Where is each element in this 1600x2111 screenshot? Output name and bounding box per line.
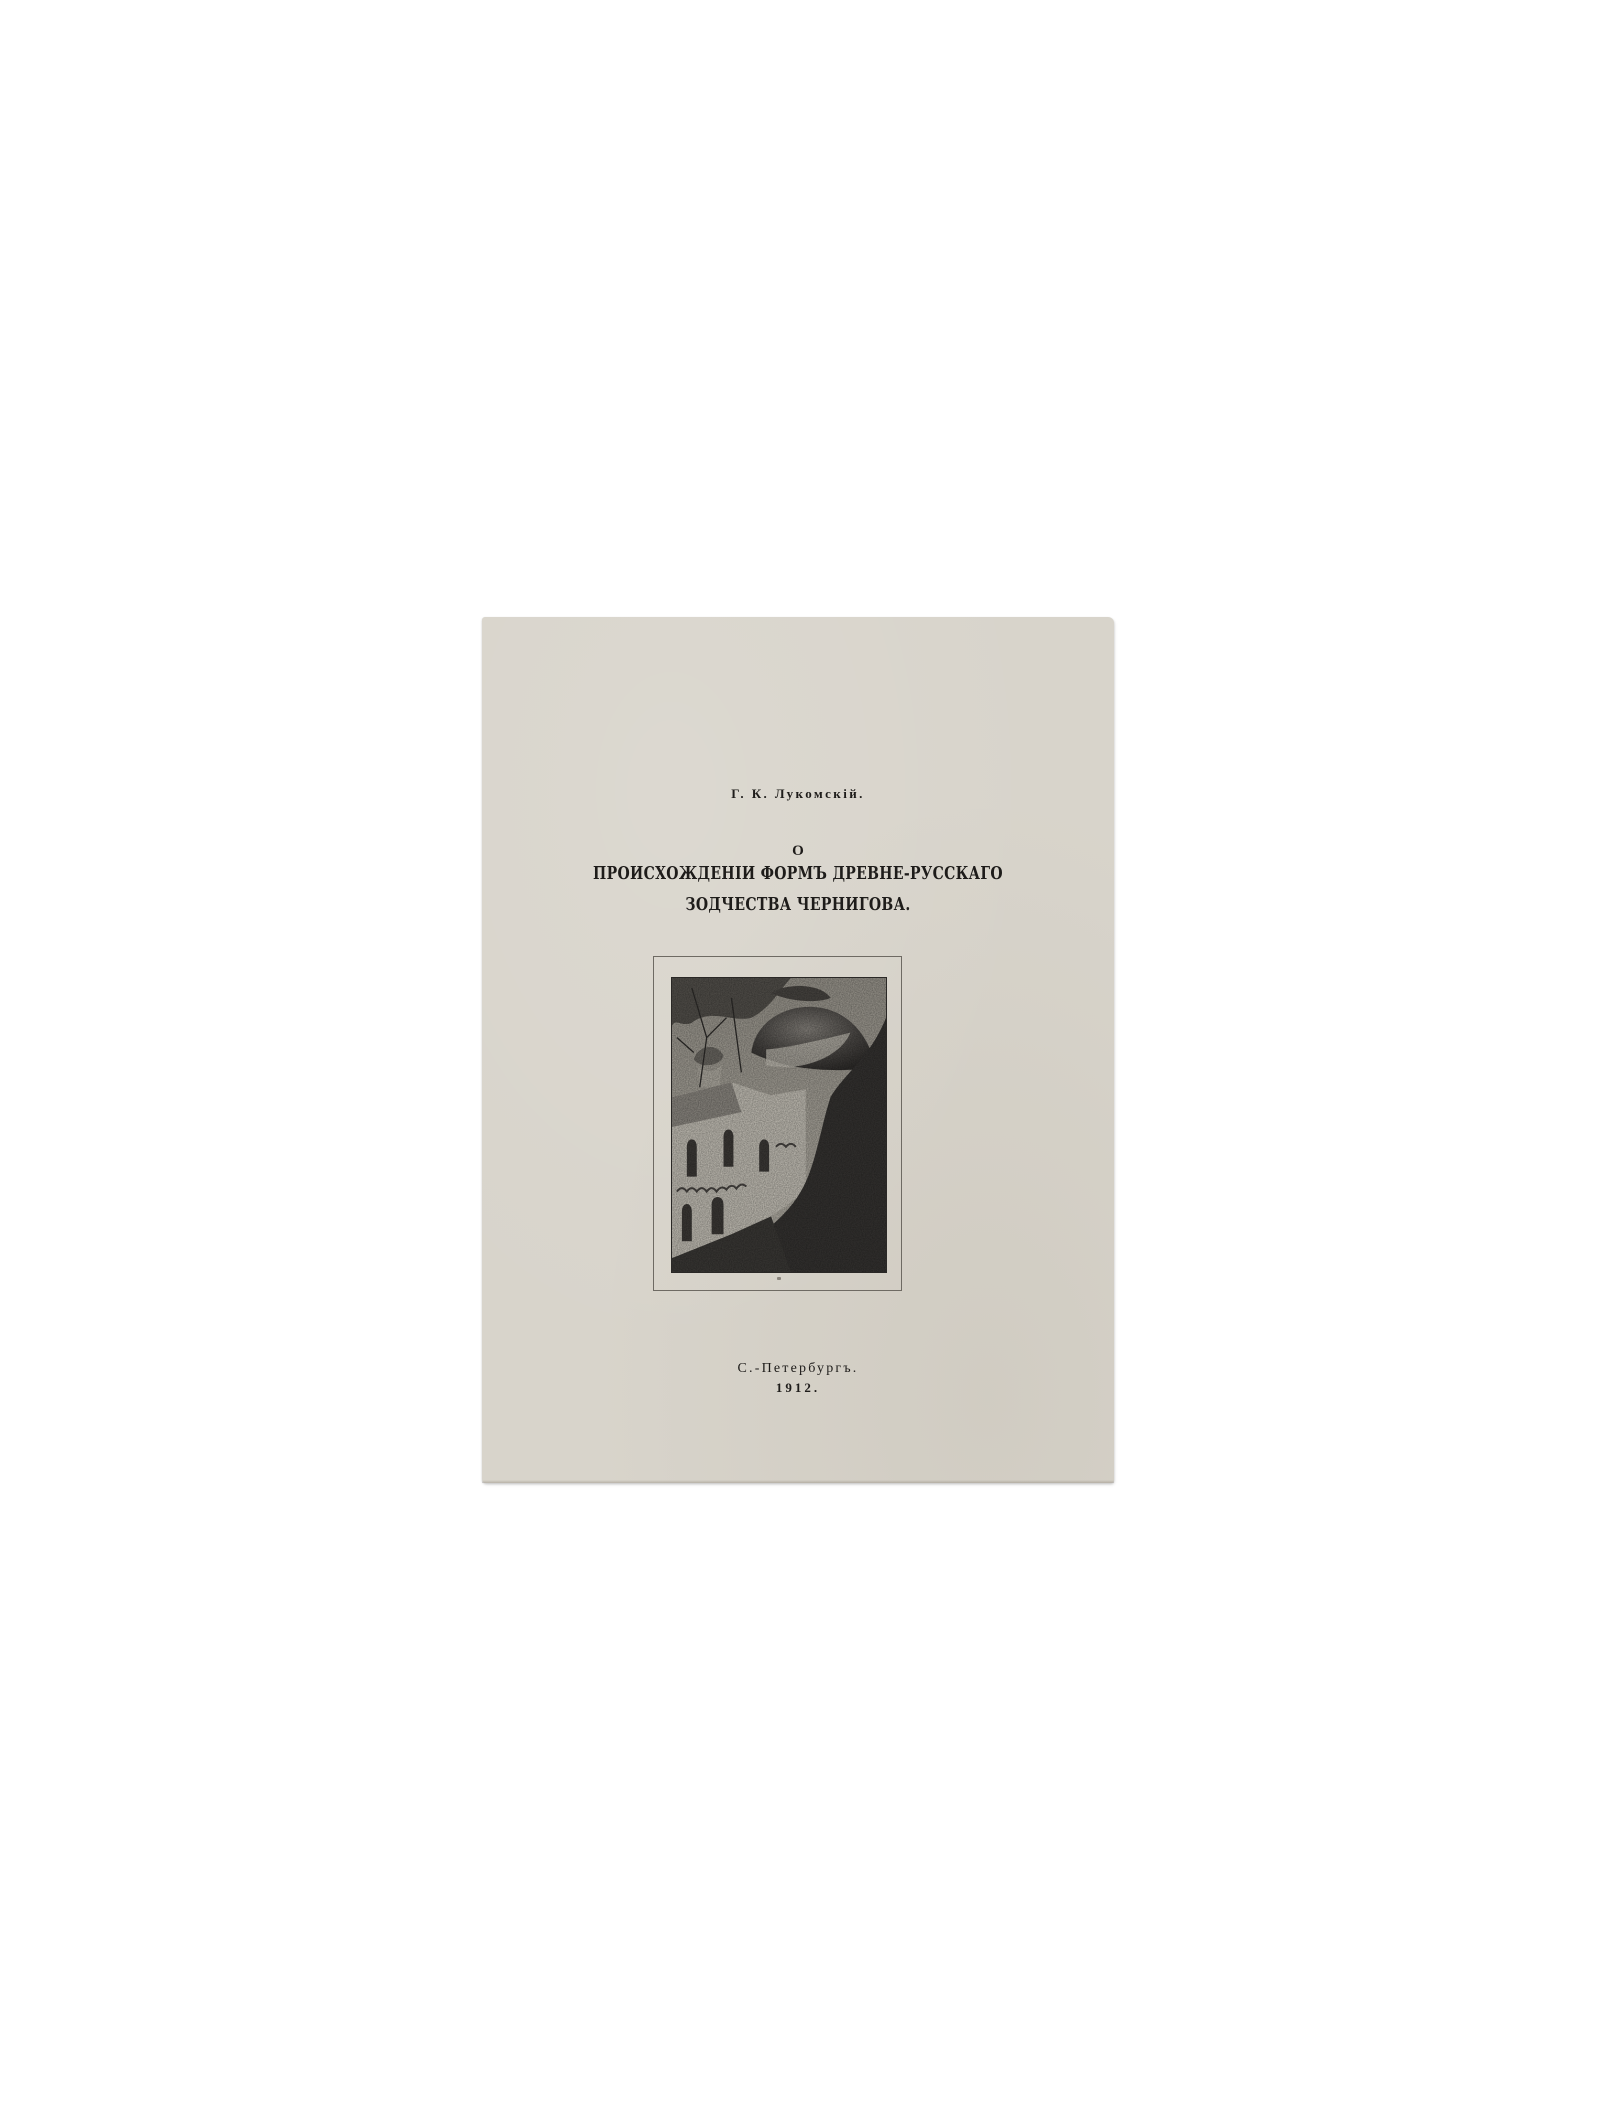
illustration-frame: [653, 956, 902, 1291]
paper-edge-shadow: [482, 1480, 1114, 1483]
title-page-sheet: Г. К. Лукомскій. О ПРОИСХОЖДЕНІИ ФОРМЪ Д…: [482, 617, 1114, 1483]
church-engraving-image: [671, 977, 887, 1273]
imprint-year: 1912.: [482, 1380, 1114, 1396]
author-name: Г. К. Лукомскій.: [482, 786, 1114, 802]
title-line-1: ПРОИСХОЖДЕНІИ ФОРМЪ ДРЕВНЕ-РУССКАГО: [552, 863, 1045, 884]
title-preposition: О: [482, 843, 1114, 860]
imprint-place: С.-Петербургъ.: [482, 1361, 1114, 1377]
title-line-2: ЗОДЧЕСТВА ЧЕРНИГОВА.: [552, 894, 1045, 915]
church-domes-illustration: [672, 978, 886, 1272]
plate-mark: [777, 1277, 781, 1280]
